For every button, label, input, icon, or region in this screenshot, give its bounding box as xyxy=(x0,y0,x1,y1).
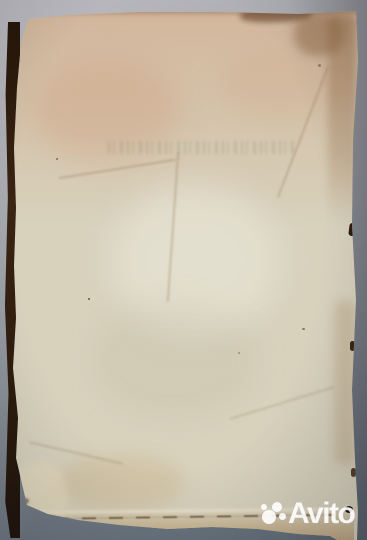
foxing-speck xyxy=(56,158,58,160)
foxing-speck xyxy=(302,328,305,330)
paper-center-highlight xyxy=(110,185,280,335)
avito-wordmark: Avito xyxy=(288,499,354,529)
stain-right-edge-strip xyxy=(328,14,356,219)
stain-blotch-middle xyxy=(90,300,260,420)
crease-line xyxy=(230,386,334,419)
crease-line xyxy=(277,66,329,197)
foxing-speck xyxy=(88,298,90,300)
product-photo: Avito xyxy=(0,0,367,540)
stain-blotch-top-right xyxy=(220,50,340,120)
foxing-speck xyxy=(238,352,240,354)
foxing-speck xyxy=(318,64,321,67)
avito-watermark: Avito xyxy=(255,497,367,537)
crease-line xyxy=(59,159,176,179)
stain-top-right-patch xyxy=(294,12,344,56)
illegible-text-bleedthrough xyxy=(108,141,294,154)
avito-logo-icon xyxy=(255,497,288,525)
stain-blotch-bottom-left xyxy=(55,455,185,510)
book-front-cover xyxy=(0,0,367,540)
crease-line xyxy=(29,441,123,465)
crease-line xyxy=(167,152,179,302)
stain-blotch-top-left xyxy=(30,60,180,160)
edge-tear-mark xyxy=(351,468,356,477)
paper-top-tint xyxy=(0,0,367,230)
